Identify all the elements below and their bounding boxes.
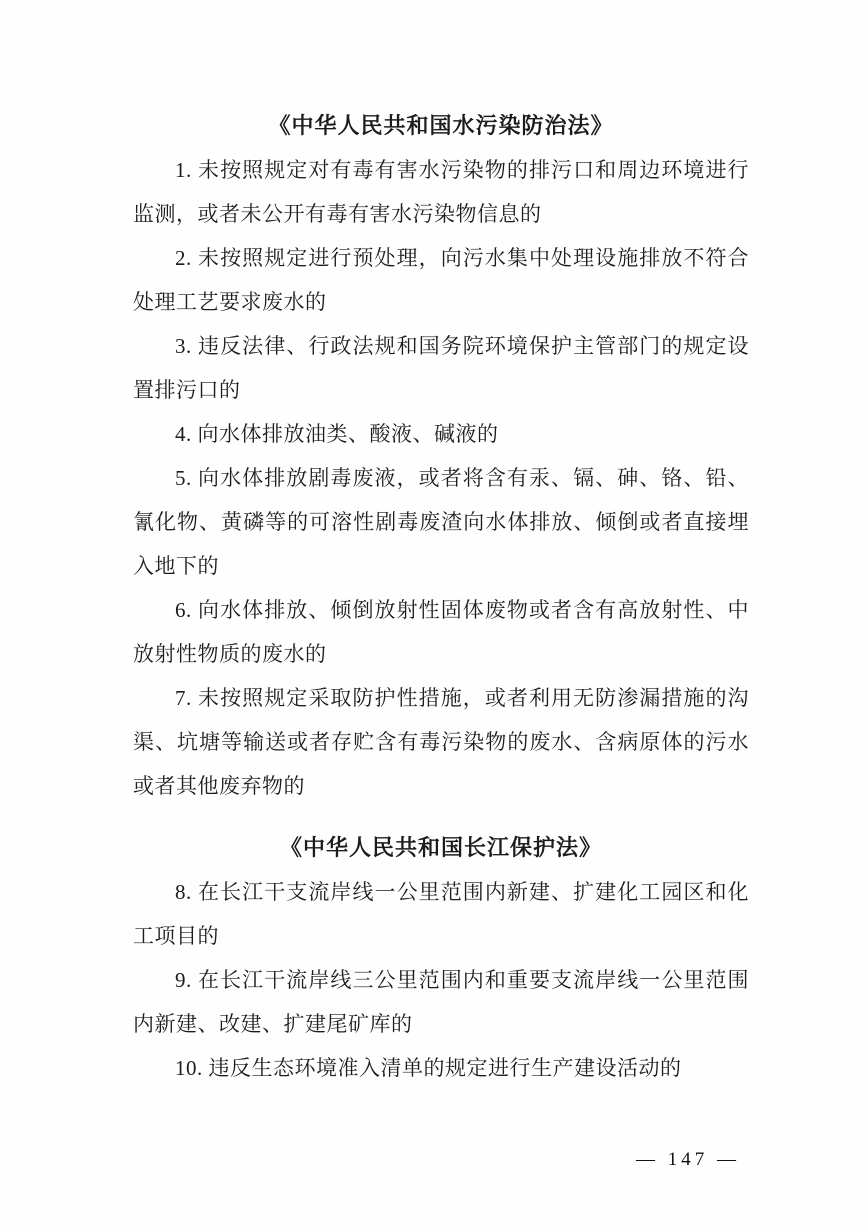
section-yangtze-protection-law: 《中华人民共和国长江保护法》 8. 在长江干支流岸线一公里范围内新建、扩建化工园… [133,826,749,1090]
section-water-pollution-law: 《中华人民共和国水污染防治法》 1. 未按照规定对有毒有害水污染物的排污口和周边… [133,104,749,808]
document-content: 《中华人民共和国水污染防治法》 1. 未按照规定对有毒有害水污染物的排污口和周边… [133,104,749,1090]
list-item: 4. 向水体排放油类、酸液、碱液的 [133,412,749,456]
document-page: 《中华人民共和国水污染防治法》 1. 未按照规定对有毒有害水污染物的排污口和周边… [0,0,868,1227]
section-title-water-pollution-law: 《中华人民共和国水污染防治法》 [133,104,749,148]
list-item: 6. 向水体排放、倾倒放射性固体废物或者含有高放射性、中放射性物质的废水的 [133,588,749,676]
list-item: 10. 违反生态环境准入清单的规定进行生产建设活动的 [133,1046,749,1090]
list-item: 9. 在长江干流岸线三公里范围内和重要支流岸线一公里范围内新建、改建、扩建尾矿库… [133,958,749,1046]
page-number: — 147 — [636,1149,740,1171]
list-item: 7. 未按照规定采取防护性措施，或者利用无防渗漏措施的沟渠、坑塘等输送或者存贮含… [133,676,749,808]
section-title-yangtze-protection-law: 《中华人民共和国长江保护法》 [133,826,749,870]
list-item: 5. 向水体排放剧毒废液，或者将含有汞、镉、砷、铬、铅、氰化物、黄磷等的可溶性剧… [133,456,749,588]
list-item: 3. 违反法律、行政法规和国务院环境保护主管部门的规定设置排污口的 [133,324,749,412]
list-item: 2. 未按照规定进行预处理，向污水集中处理设施排放不符合处理工艺要求废水的 [133,236,749,324]
list-item: 1. 未按照规定对有毒有害水污染物的排污口和周边环境进行监测，或者未公开有毒有害… [133,148,749,236]
list-item: 8. 在长江干支流岸线一公里范围内新建、扩建化工园区和化工项目的 [133,870,749,958]
